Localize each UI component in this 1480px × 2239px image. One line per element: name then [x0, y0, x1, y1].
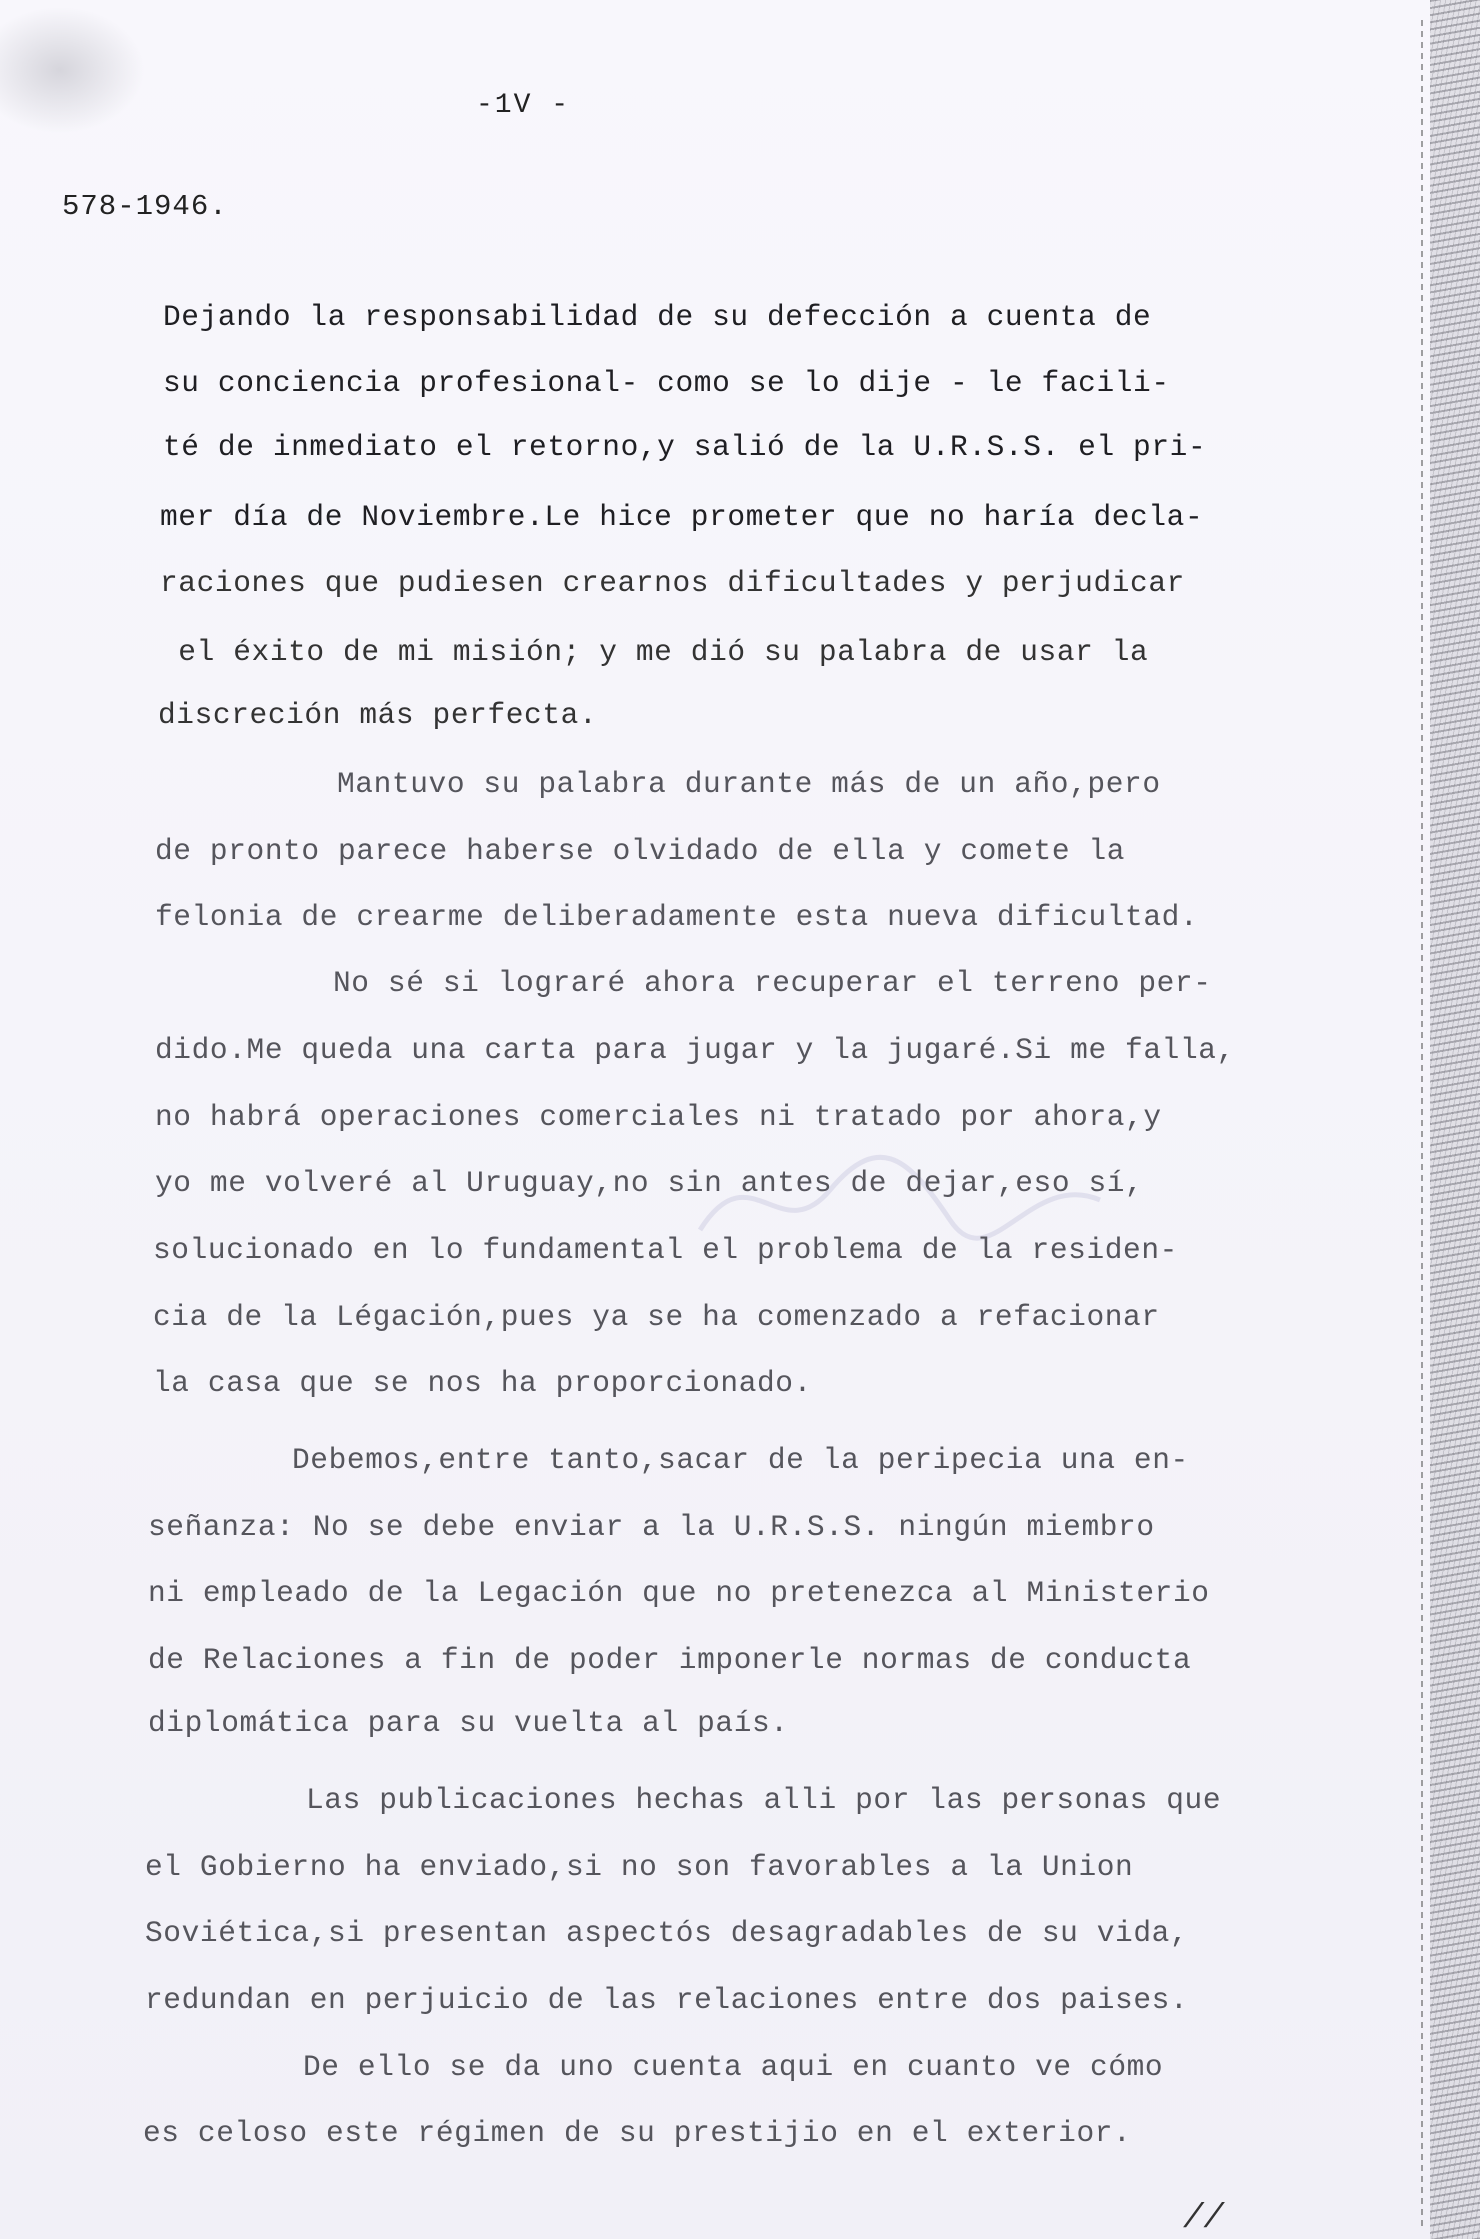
- text-line: de pronto parece haberse olvidado de ell…: [155, 834, 1125, 868]
- text-line: dido.Me queda una carta para jugar y la …: [155, 1033, 1235, 1067]
- text-line: raciones que pudiesen crearnos dificulta…: [160, 566, 1185, 600]
- page-edge-rule: [1421, 20, 1423, 2230]
- text-line: la casa que se nos ha proporcionado.: [153, 1366, 812, 1400]
- page-number: -1V -: [476, 90, 570, 121]
- scan-edge-noise: [1430, 0, 1480, 2239]
- text-line: Soviética,si presentan aspectós desagrad…: [145, 1916, 1188, 1950]
- text-line: Debemos,entre tanto,sacar de la peripeci…: [292, 1443, 1189, 1477]
- text-line: No sé si lograré ahora recuperar el terr…: [333, 966, 1212, 1000]
- text-line: diplomática para su vuelta al país.: [148, 1706, 789, 1740]
- text-line: De ello se da uno cuenta aqui en cuanto …: [303, 2050, 1163, 2084]
- text-line: Dejando la responsabilidad de su defecci…: [163, 300, 1151, 334]
- text-line: té de inmediato el retorno,y salió de la…: [163, 430, 1206, 464]
- continuation-mark: //: [1183, 2200, 1224, 2238]
- text-line: ni empleado de la Legación que no preten…: [148, 1576, 1210, 1610]
- text-line: felonia de crearme deliberadamente esta …: [155, 900, 1198, 934]
- text-line: mer día de Noviembre.Le hice prometer qu…: [160, 500, 1203, 534]
- text-line: señanza: No se debe enviar a la U.R.S.S.…: [148, 1510, 1155, 1544]
- text-line: de Relaciones a fin de poder imponerle n…: [148, 1643, 1191, 1677]
- text-line: redundan en perjuicio de las relaciones …: [145, 1983, 1188, 2017]
- text-line: cia de la Légación,pues ya se ha comenza…: [153, 1300, 1160, 1334]
- text-line: yo me volveré al Uruguay,no sin antes de…: [155, 1166, 1143, 1200]
- scanned-page: -1V - 578-1946. Dejando la responsabilid…: [0, 0, 1480, 2239]
- text-line: Mantuvo su palabra durante más de un año…: [337, 767, 1161, 801]
- text-line: su conciencia profesional- como se lo di…: [163, 366, 1170, 400]
- text-line: Las publicaciones hechas alli por las pe…: [306, 1783, 1221, 1817]
- text-line: el Gobierno ha enviado,si no son favorab…: [145, 1850, 1133, 1884]
- text-line: el éxito de mi misión; y me dió su palab…: [160, 635, 1148, 669]
- text-line: discreción más perfecta.: [158, 698, 597, 732]
- text-line: no habrá operaciones comerciales ni trat…: [155, 1100, 1162, 1134]
- text-line: es celoso este régimen de su prestijio e…: [143, 2116, 1131, 2150]
- text-line: solucionado en lo fundamental el problem…: [153, 1233, 1178, 1267]
- reference-number: 578-1946.: [62, 190, 228, 223]
